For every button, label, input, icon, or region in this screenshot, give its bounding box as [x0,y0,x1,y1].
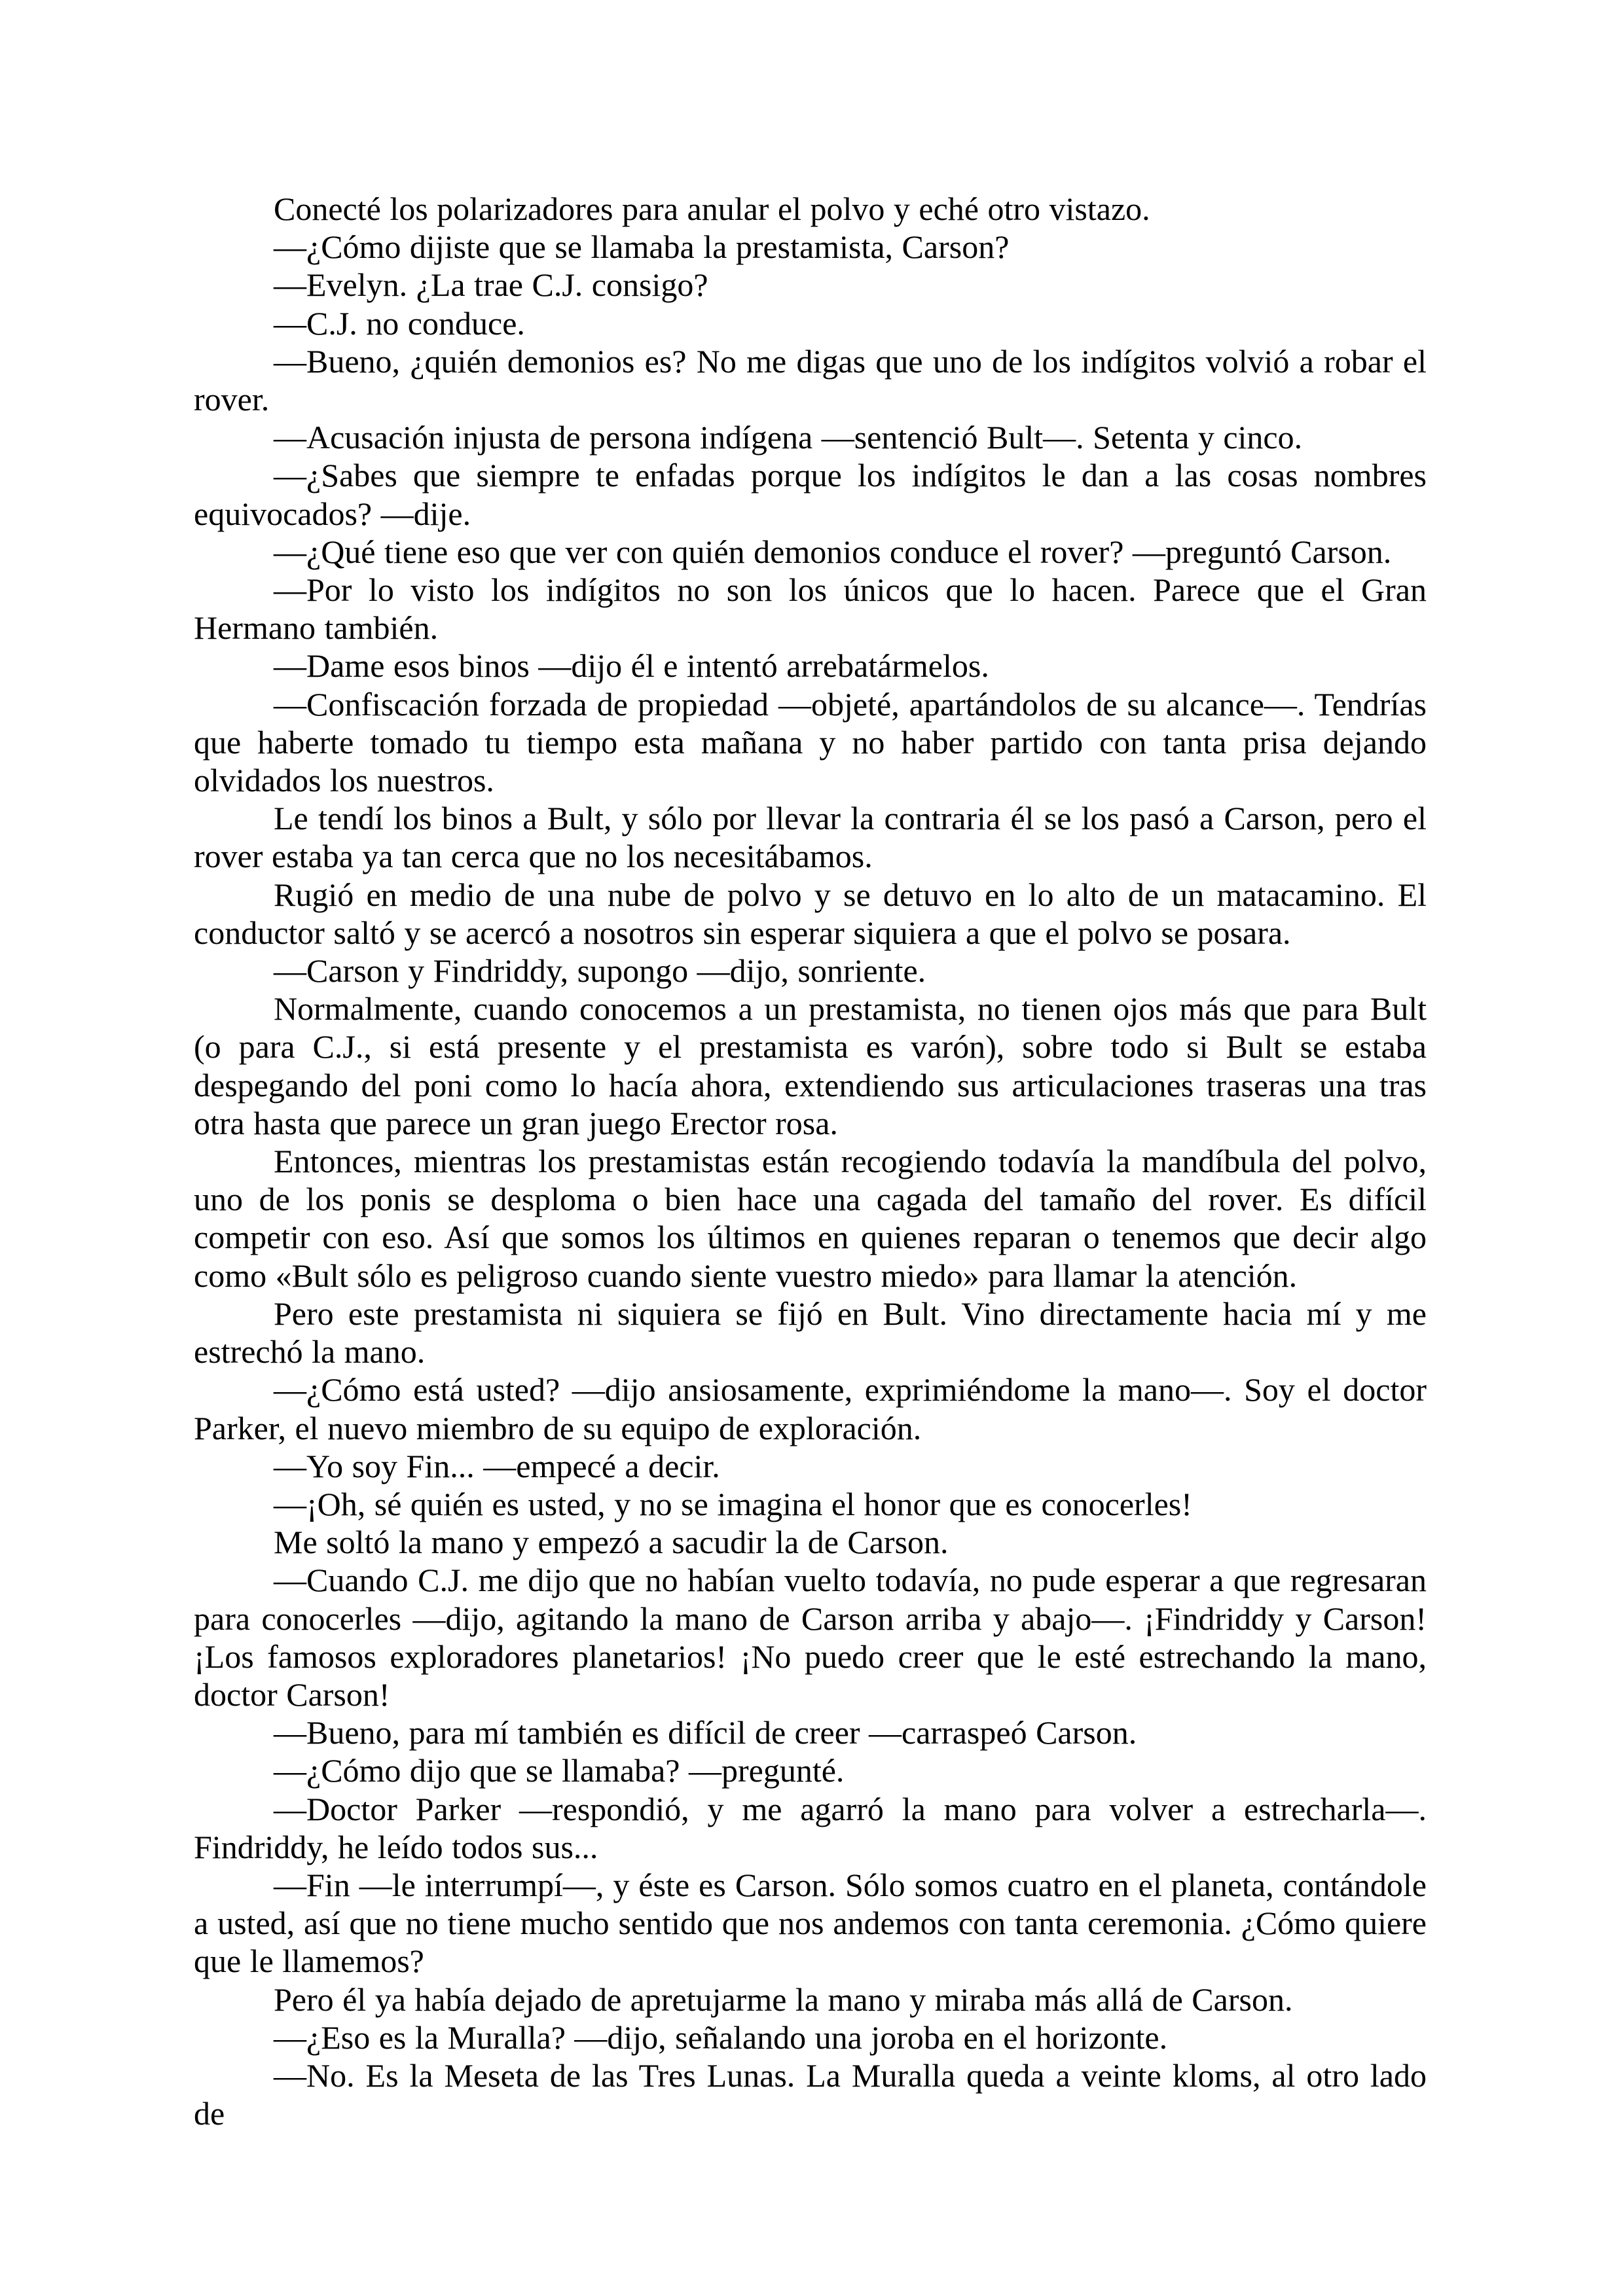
paragraph: —No. Es la Meseta de las Tres Lunas. La … [194,2056,1427,2132]
paragraph: —Fin —le interrumpí—, y éste es Carson. … [194,1866,1427,1981]
paragraph: —Por lo visto los indígitos no son los ú… [194,571,1427,647]
paragraph: —¿Eso es la Muralla? —dijo, señalando un… [194,2018,1427,2056]
paragraph: Normalmente, cuando conocemos a un prest… [194,990,1427,1142]
paragraph: —Confiscación forzada de propiedad —obje… [194,685,1427,800]
paragraph: Me soltó la mano y empezó a sacudir la d… [194,1523,1427,1561]
paragraph: —¿Cómo dijiste que se llamaba la prestam… [194,228,1427,266]
paragraph: —Yo soy Fin... —empecé a decir. [194,1447,1427,1485]
paragraph: —Bueno, para mí también es difícil de cr… [194,1713,1427,1751]
paragraph: Pero este prestamista ni siquiera se fij… [194,1295,1427,1371]
paragraph: —C.J. no conduce. [194,304,1427,342]
paragraph: —Carson y Findriddy, supongo —dijo, sonr… [194,952,1427,990]
document-page: Conecté los polarizadores para anular el… [0,0,1623,2296]
paragraph: Pero él ya había dejado de apretujarme l… [194,1981,1427,2018]
paragraph: —¿Cómo está usted? —dijo ansiosamente, e… [194,1371,1427,1446]
paragraph: —Bueno, ¿quién demonios es? No me digas … [194,342,1427,418]
paragraph: Rugió en medio de una nube de polvo y se… [194,876,1427,952]
paragraph: —Acusación injusta de persona indígena —… [194,418,1427,456]
paragraph: —¿Cómo dijo que se llamaba? —pregunté. [194,1751,1427,1789]
paragraph: Le tendí los binos a Bult, y sólo por ll… [194,799,1427,875]
paragraph: —Cuando C.J. me dijo que no habían vuelt… [194,1561,1427,1713]
text-block: Conecté los polarizadores para anular el… [194,190,1427,2132]
paragraph: Entonces, mientras los prestamistas está… [194,1142,1427,1295]
paragraph: —¡Oh, sé quién es usted, y no se imagina… [194,1485,1427,1523]
paragraph: —Doctor Parker —respondió, y me agarró l… [194,1790,1427,1866]
paragraph: —Dame esos binos —dijo él e intentó arre… [194,647,1427,685]
paragraph: —¿Qué tiene eso que ver con quién demoni… [194,533,1427,571]
paragraph: —Evelyn. ¿La trae C.J. consigo? [194,266,1427,304]
paragraph: Conecté los polarizadores para anular el… [194,190,1427,228]
paragraph: —¿Sabes que siempre te enfadas porque lo… [194,456,1427,532]
